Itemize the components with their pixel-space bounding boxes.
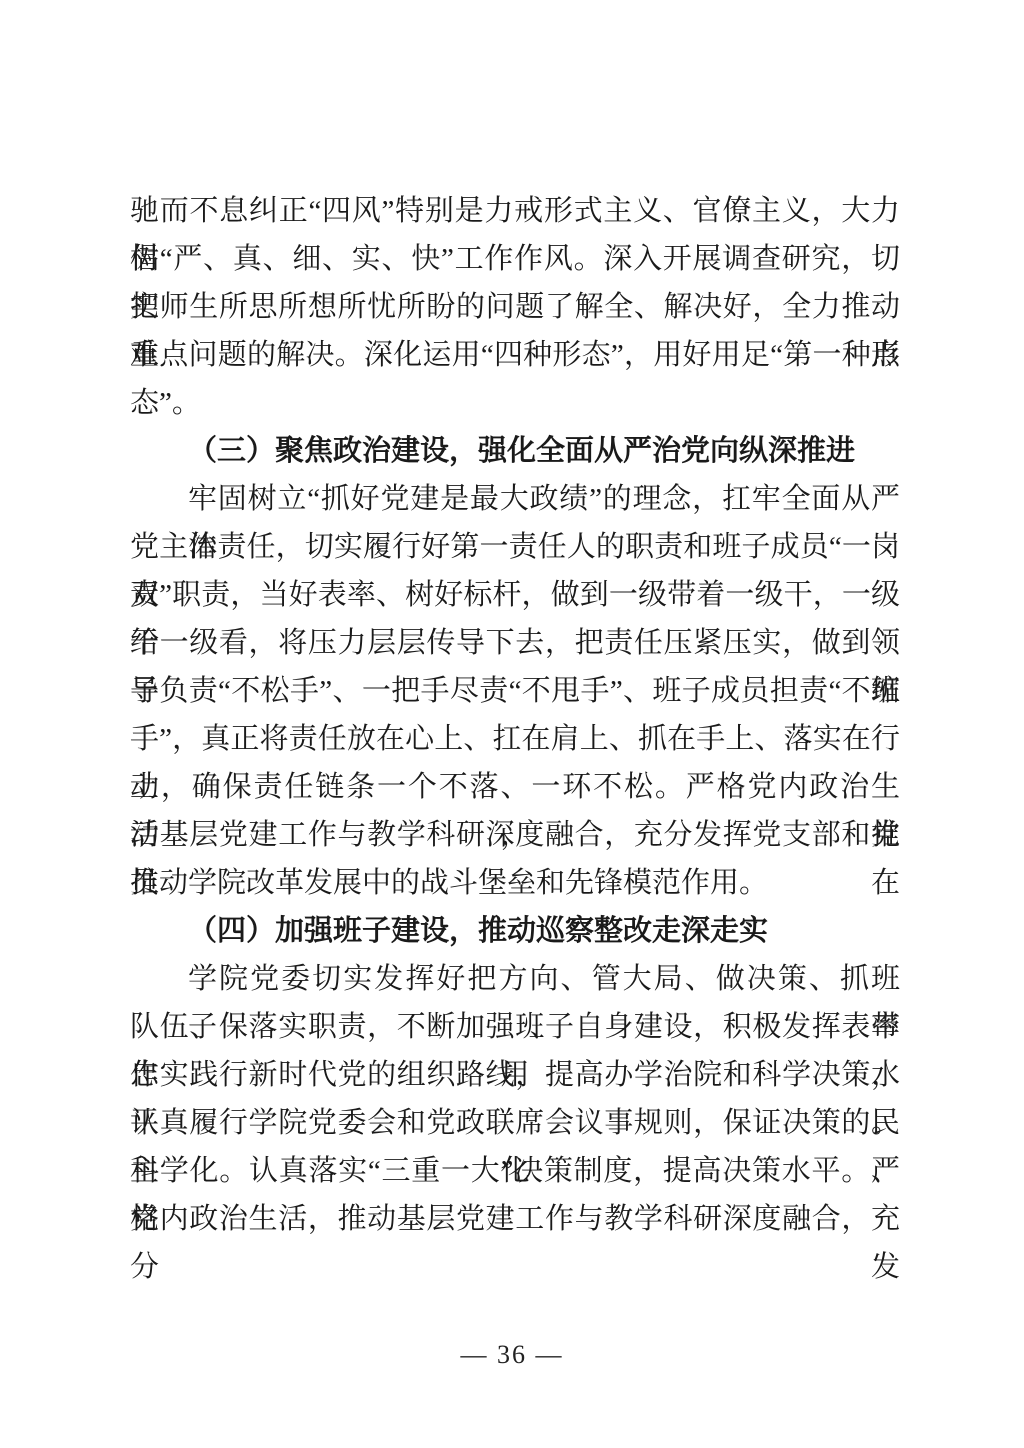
text-line: 党内政治生活，推动基层党建工作与教学科研深度融合，充分发: [130, 1195, 900, 1243]
text-line: 动基层党建工作与教学科研深度融合，充分发挥党支部和党员在: [130, 811, 900, 859]
document-body: 驰而不息纠正“四风”特别是力戒形式主义、官僚主义，大力倡树“严、真、细、实、快”…: [130, 187, 900, 1243]
text-line: 忠实践行新时代党的组织路线，提高办学治院和科学决策水平。: [130, 1051, 900, 1099]
text-line: 树“严、真、细、实、快”工作作风。深入开展调查研究，切实: [130, 235, 900, 283]
text-line: 认真履行学院党委会和党政联席会议事规则，保证决策的民主化、: [130, 1099, 900, 1147]
text-line: 驰而不息纠正“四风”特别是力戒形式主义、官僚主义，大力倡: [130, 187, 900, 235]
section-heading: （四）加强班子建设，推动巡察整改走深走实: [130, 907, 900, 955]
text-line: 党主体责任，切实履行好第一责任人的职责和班子成员“一岗双: [130, 523, 900, 571]
text-line: 把师生所思所想所忧所盼的问题了解全、解决好，全力推动重点: [130, 283, 900, 331]
text-line: 给一级看，将压力层层传导下去，把责任压紧压实，做到领导班: [130, 619, 900, 667]
page-number: — 36 —: [461, 1340, 564, 1369]
text-line: 牢固树立“抓好党建是最大政绩”的理念，扛牢全面从严治: [130, 475, 900, 523]
text-line: 队伍、保落实职责，不断加强班子自身建设，积极发挥表率作用，: [130, 1003, 900, 1051]
text-line: 学院党委切实发挥好把方向、管大局、做决策、抓班子、带: [130, 955, 900, 1003]
text-line: 态”。: [130, 379, 900, 427]
section-heading: （三）聚焦政治建设，强化全面从严治党向纵深推进: [130, 427, 900, 475]
text-line: 责”职责，当好表率、树好标杆，做到一级带着一级干，一级干: [130, 571, 900, 619]
document-page: 驰而不息纠正“四风”特别是力戒形式主义、官僚主义，大力倡树“严、真、细、实、快”…: [0, 0, 1024, 1448]
text-line: 难点问题的解决。深化运用“四种形态”，用好用足“第一种形: [130, 331, 900, 379]
page-footer: — 36 —: [0, 1338, 1024, 1372]
text-line: 手”，真正将责任放在心上、扛在肩上、抓在手上、落实在行动: [130, 715, 900, 763]
text-line: 子负责“不松手”、一把手尽责“不甩手”、班子成员担责“不缩: [130, 667, 900, 715]
text-line: 科学化。认真落实“三重一大”决策制度，提高决策水平。严格: [130, 1147, 900, 1195]
text-line: 上，确保责任链条一个不落、一环不松。严格党内政治生活，推: [130, 763, 900, 811]
